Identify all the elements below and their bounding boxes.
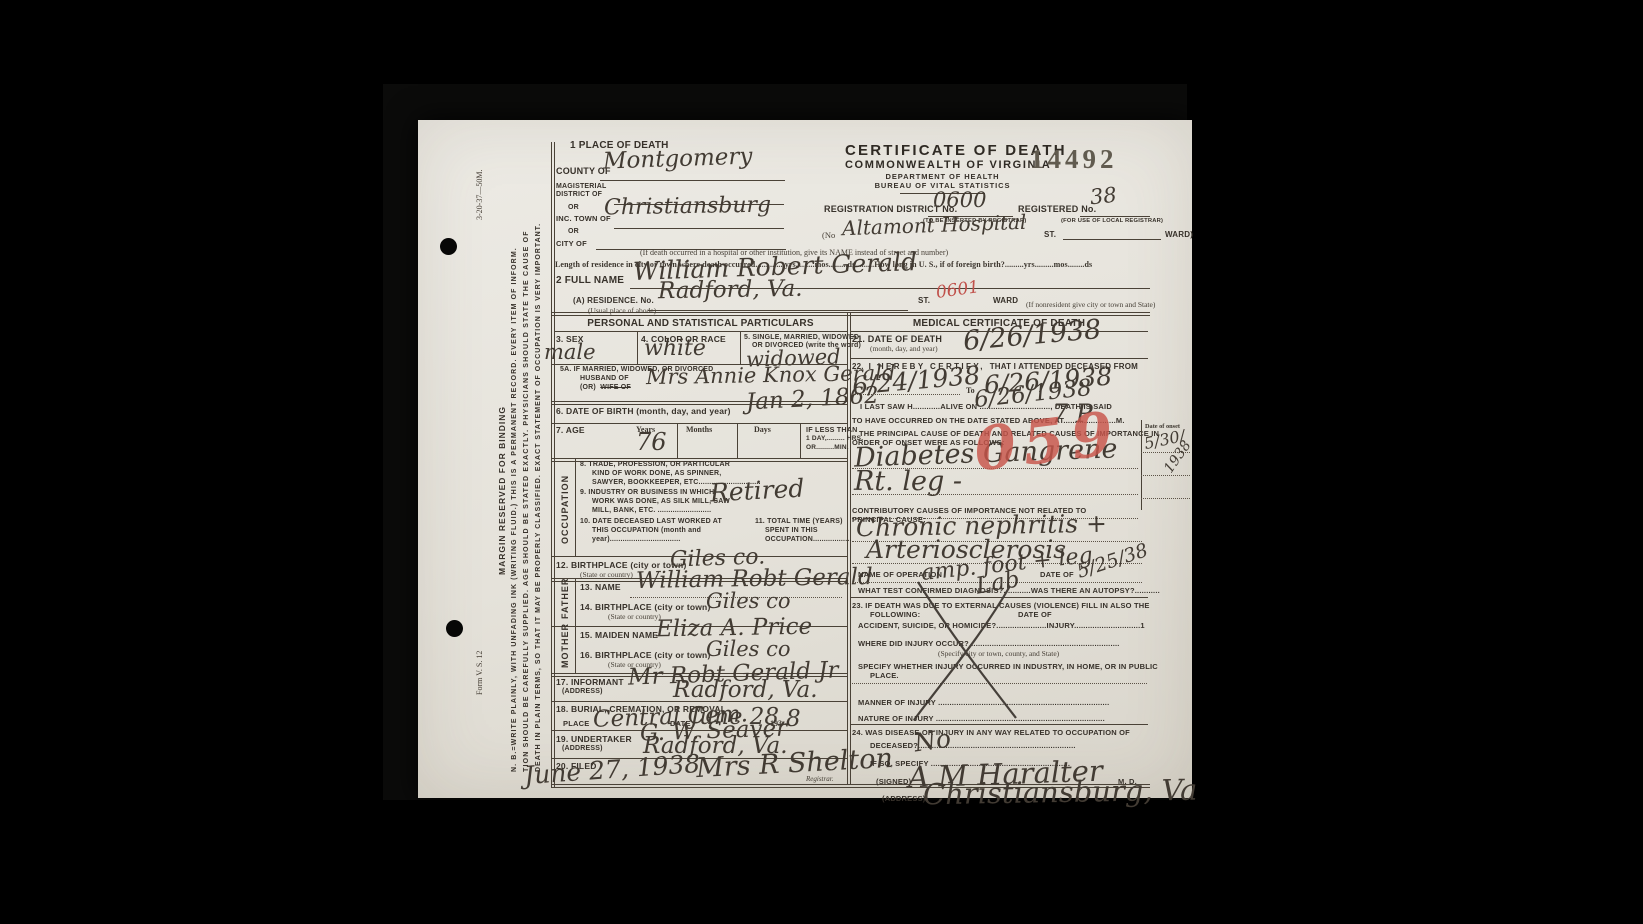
residence-sub-label: (Usual place of abode) [588, 306, 656, 315]
section-24-rule [850, 724, 1148, 725]
informant-address-value: Radford, Va. [673, 679, 818, 702]
wife-of-struck: WIFE OF [600, 384, 631, 391]
item24-label-2: DECEASED?...............................… [870, 741, 1076, 750]
age-less-label-1: IF LESS THAN [806, 426, 858, 435]
onset-line-2 [1141, 475, 1190, 476]
ward2-label: WARD [993, 296, 1018, 306]
registration-district-value: 0600 [933, 190, 986, 211]
margin-instruction-line-2: TION SHOULD BE CAREFULLY SUPPLIED. AGE S… [523, 230, 531, 772]
punch-hole-bottom [446, 620, 463, 637]
row-6-rule [551, 423, 847, 424]
or-label-2: OR [568, 228, 579, 236]
attended-from-line [852, 394, 960, 395]
item11-line-2: SPENT IN THIS [765, 527, 818, 535]
item9-line-3: MILL, BANK, ETC. .......................… [592, 507, 711, 515]
mother-name-label: 15. MAIDEN NAME [580, 630, 658, 640]
residence-value: Radford, Va. [658, 278, 803, 304]
date-of-death-sub: (month, day, and year) [870, 344, 938, 353]
husband-label-2: HUSBAND OF [580, 375, 629, 383]
left-title-rule [554, 331, 847, 332]
mother-side-border [575, 626, 576, 673]
dob-label: 6. DATE OF BIRTH (month, day, and year) [556, 406, 731, 416]
registered-no-value: 38 [1089, 185, 1118, 209]
form-left-border [551, 142, 555, 787]
city-label: CITY OF [556, 239, 587, 248]
registrar-label: Registrar. [806, 775, 833, 783]
manner-of-injury-line: MANNER OF INJURY .......................… [858, 698, 1109, 707]
sex-value: male [544, 342, 596, 363]
mother-birthplace-value: Giles co [706, 639, 791, 660]
inc-town-line [614, 228, 784, 229]
occupation-side-label: OCCUPATION [560, 475, 571, 544]
age-months-label: Months [686, 425, 712, 435]
scanned-death-certificate-photo: 3-20-37—50M. Form V. S. 12 MARGIN RESERV… [0, 0, 1643, 924]
informant-rule [551, 701, 847, 702]
margin-instruction-line-3: DEATH IN PLAIN TERMS, SO THAT IT MAY BE … [535, 223, 543, 772]
age-label: 7. AGE [556, 425, 585, 435]
burial-year-handwritten: 8 [786, 708, 801, 731]
burial-place-label: PLACE [563, 719, 589, 728]
father-side-border [575, 578, 576, 626]
dod-rule [850, 358, 1148, 359]
item10-line-1: 10. DATE DECEASED LAST WORKED AT [580, 518, 722, 526]
or-word: (OR) [580, 384, 596, 391]
item24-value: No [912, 726, 952, 756]
inc-town-value: Christiansburg [604, 195, 772, 220]
hospital-name-value: Altamont Hospital [842, 212, 1027, 238]
father-birthplace-sub: (State or country) [608, 612, 661, 621]
filed-date-value: June 27, 1938 [523, 751, 701, 788]
nonresident-note: (If nonresident give city or town and St… [1026, 300, 1155, 309]
registered-no-line [1080, 216, 1150, 217]
department-line: DEPARTMENT OF HEALTH [845, 172, 1040, 181]
occupation-side-border [575, 458, 576, 556]
hospital-no-prefix: (No [822, 230, 835, 240]
item9-line-2: WORK WAS DONE, AS SILK MILL, SAW [592, 498, 730, 506]
sex-race-divider [637, 332, 638, 364]
item11-line-3: OCCUPATION.................. [765, 536, 852, 544]
ward-label: WARD) [1165, 230, 1193, 240]
punch-hole-top [440, 238, 457, 255]
undertaker-address-label: (ADDRESS) [562, 745, 603, 753]
onset-line-3 [1141, 498, 1190, 499]
signed-label: (SIGNED) [876, 777, 911, 786]
mother-side-label: MOTHER [560, 623, 571, 668]
certificate-title: CERTIFICATE OF DEATH [845, 142, 1040, 159]
nature-of-injury-line: NATURE OF INJURY .......................… [858, 714, 1105, 723]
cause-code-stamp: 059 [971, 403, 1123, 480]
specify-label-2: PLACE. [870, 671, 899, 680]
item11-line-1: 11. TOTAL TIME (YEARS) [755, 518, 843, 526]
street-label: ST. [1044, 230, 1056, 240]
age-value: 76 [636, 430, 667, 454]
address-label: (ADDRESS) [882, 794, 925, 803]
informant-address-label: (ADDRESS) [562, 688, 603, 696]
age-div-3 [800, 423, 801, 458]
item10-line-2: THIS OCCUPATION (month and [592, 527, 701, 535]
physician-address-value: Christiansburg, Va [923, 776, 1198, 810]
undertaker-label: 19. UNDERTAKER [556, 734, 632, 744]
mother-birthplace-label: 16. BIRTHPLACE (city or town) [580, 650, 710, 660]
age-days-label: Days [754, 425, 771, 435]
item24-label-1: 24. WAS DISEASE OR INJURY IN ANY WAY REL… [852, 728, 1130, 737]
race-marital-divider [740, 332, 741, 364]
street-number-value: 0601 [935, 279, 980, 302]
form-number: Form V. S. 12 [475, 651, 485, 695]
item8-line-2: KIND OF WORK DONE, AS SPINNER, [592, 470, 721, 478]
st2-label: ST. [918, 296, 930, 306]
commonwealth-subtitle: COMMONWEALTH OF VIRGINIA [845, 159, 1040, 171]
informant-label: 17. INFORMANT [556, 677, 624, 687]
retired-value: Retired [709, 476, 805, 506]
registered-no-label: REGISTERED No. [1018, 204, 1096, 215]
death-certificate-document: 3-20-37—50M. Form V. S. 12 MARGIN RESERV… [418, 120, 1192, 798]
age-div-2 [737, 423, 738, 458]
print-code: 3-20-37—50M. [475, 170, 485, 220]
age-less-label-3: OR.........MIN. [806, 444, 849, 452]
race-value: white [644, 338, 706, 360]
residence-label: (A) RESIDENCE. No. [573, 296, 654, 306]
father-birthplace-label: 14. BIRTHPLACE (city or town) [580, 602, 710, 612]
magisterial-label-2: DISTRICT OF [556, 191, 602, 199]
father-name-label: 13. NAME [580, 582, 621, 592]
county-line [600, 180, 785, 181]
margin-instruction-line-1: N. B.=WRITE PLAINLY, WITH UNFADING INK (… [511, 247, 519, 772]
operation-date-label: DATE OF [1040, 570, 1074, 579]
cause-line-2 [852, 494, 1138, 495]
registered-no-note: (FOR USE OF LOCAL REGISTRAR) [1061, 218, 1163, 225]
father-birthplace-value: Giles co [706, 591, 791, 612]
or-label-1: OR [568, 204, 579, 212]
margin-binding-note: MARGIN RESERVED FOR BINDING [497, 406, 507, 575]
full-name-label: 2 FULL NAME [556, 275, 624, 287]
certificate-number-stamp: 14492 [1030, 144, 1118, 175]
street-line [1063, 239, 1161, 240]
age-div-1 [677, 423, 678, 458]
item8-line-1: 8. TRADE, PROFESSION, OR PARTICULAR [580, 461, 730, 469]
left-section-title: PERSONAL AND STATISTICAL PARTICULARS [554, 318, 847, 330]
county-value: Montgomery [603, 145, 753, 173]
residence-line [648, 310, 908, 311]
father-side-label: FATHER [560, 578, 571, 619]
item10-line-3: year)................................. [592, 536, 681, 544]
inc-town-label: INC. TOWN OF [556, 214, 611, 223]
cause-value-2: Rt. leg - [854, 468, 962, 495]
item9-line-1: 9. INDUSTRY OR BUSINESS IN WHICH [580, 489, 714, 497]
husband-or-label: (OR) WIFE OF [580, 384, 631, 392]
